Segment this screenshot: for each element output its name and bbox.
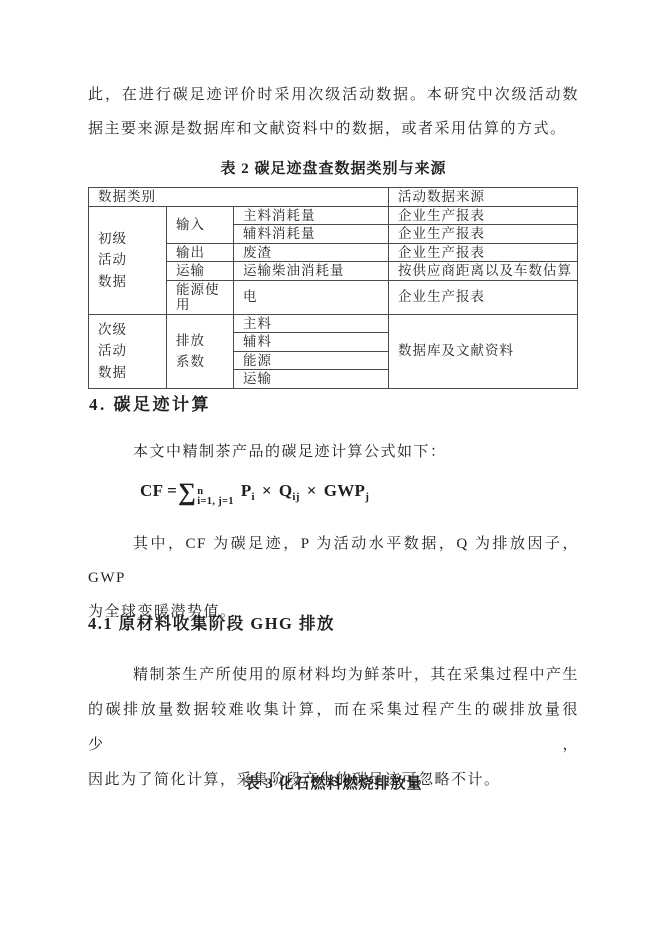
table2-primary-label-cell: 初级活动数据 [89, 206, 167, 314]
table2-cell-item: 能源 [234, 351, 389, 370]
table-row: 次级活动数据 排放系数 主料 数据库及文献资料 [89, 314, 578, 333]
document-page: 此，在进行碳足迹评价时采用次级活动数据。本研究中次级活动数 据主要来源是数据库和… [0, 0, 670, 947]
table2-cell-item: 辅料消耗量 [234, 225, 389, 244]
table2-primary-label: 初级活动数据 [98, 228, 130, 293]
table2-factor-label-cell: 排放系数 [167, 314, 234, 388]
formula-term-p: P [241, 481, 252, 500]
table2-cell-source: 企业生产报表 [389, 206, 578, 225]
table2-cell-item: 废渣 [234, 243, 389, 262]
section-4-1-heading: 4.1 原材料收集阶段 GHG 排放 [88, 613, 335, 634]
multiply-sign: × [307, 481, 317, 500]
intro-line-1: 此，在进行碳足迹评价时采用次级活动数据。本研究中次级活动数 [88, 78, 579, 112]
table2-cell-item: 主料消耗量 [234, 206, 389, 225]
intro-line-2: 据主要来源是数据库和文献资料中的数据，或者采用估算的方式。 [88, 112, 579, 146]
table2-cell-item: 主料 [234, 314, 389, 333]
formula-term-gwp: GWP [324, 481, 366, 500]
table2-cell-source: 企业生产报表 [389, 243, 578, 262]
sigma-limits: ni=1, j=1 [197, 487, 234, 507]
explain-line-1: 其中，CF 为碳足迹，P 为活动水平数据，Q 为排放因子，GWP [88, 527, 579, 595]
table-row: 初级活动数据 输入 主料消耗量 企业生产报表 [89, 206, 578, 225]
multiply-sign: × [262, 481, 272, 500]
formula-term-gwp-sub: j [365, 491, 369, 503]
table2-output-label-cell: 输出 [167, 243, 234, 262]
table2-cell-item: 运输 [234, 370, 389, 389]
collection-line-2: 的碳排放量数据较难收集计算，而在采集过程产生的碳排放量很少， [88, 693, 579, 763]
table2-header-category: 数据类别 [89, 188, 389, 207]
table2-secondary-label: 次级活动数据 [98, 319, 130, 384]
table2-transport-label-cell: 运输 [167, 262, 234, 281]
collection-line-1: 精制茶生产所使用的原材料均为鲜茶叶，其在采集过程中产生 [88, 658, 579, 693]
sigma-symbol: ∑ [178, 479, 196, 506]
table2-cell-source: 按供应商距离以及车数估算 [389, 262, 578, 281]
table2-cell-item: 电 [234, 280, 389, 314]
table2-cell-item: 运输柴油消耗量 [234, 262, 389, 281]
formula-term-q: Q [279, 481, 293, 500]
formula-intro-paragraph: 本文中精制茶产品的碳足迹计算公式如下： [88, 441, 579, 463]
carbon-footprint-formula: CF =∑ni=1, j=1Pi×Qij×GWPj [140, 479, 369, 507]
formula-intro-line: 本文中精制茶产品的碳足迹计算公式如下： [88, 441, 579, 463]
table2-header-row: 数据类别 活动数据来源 [89, 188, 578, 207]
table2-cell-source: 企业生产报表 [389, 280, 578, 314]
table2: 数据类别 活动数据来源 初级活动数据 输入 主料消耗量 企业生产报表 辅料消耗量… [88, 187, 578, 389]
table2-input-label-cell: 输入 [167, 206, 234, 243]
table2-cell-item: 辅料 [234, 333, 389, 352]
section-4-heading: 4. 碳足迹计算 [89, 394, 211, 415]
table2-caption: 表 2 碳足迹盘查数据类别与来源 [88, 159, 579, 180]
table2-secondary-label-cell: 次级活动数据 [89, 314, 167, 388]
table3-caption: 表 3 化石燃料燃烧排放量 [88, 774, 579, 795]
table2-header-source: 活动数据来源 [389, 188, 578, 207]
table2-cell-source: 企业生产报表 [389, 225, 578, 244]
intro-paragraph: 此，在进行碳足迹评价时采用次级活动数据。本研究中次级活动数 据主要来源是数据库和… [88, 78, 579, 146]
formula-lhs: CF = [140, 481, 177, 500]
formula-term-q-sub: ij [292, 491, 299, 503]
sigma-lower-limit: i=1, j=1 [197, 497, 234, 507]
table2-secondary-source-cell: 数据库及文献资料 [389, 314, 578, 388]
table2-energy-label-cell: 能源使用 [167, 280, 234, 314]
table2-factor-label: 排放系数 [176, 330, 208, 373]
formula-term-p-sub: i [252, 491, 255, 503]
